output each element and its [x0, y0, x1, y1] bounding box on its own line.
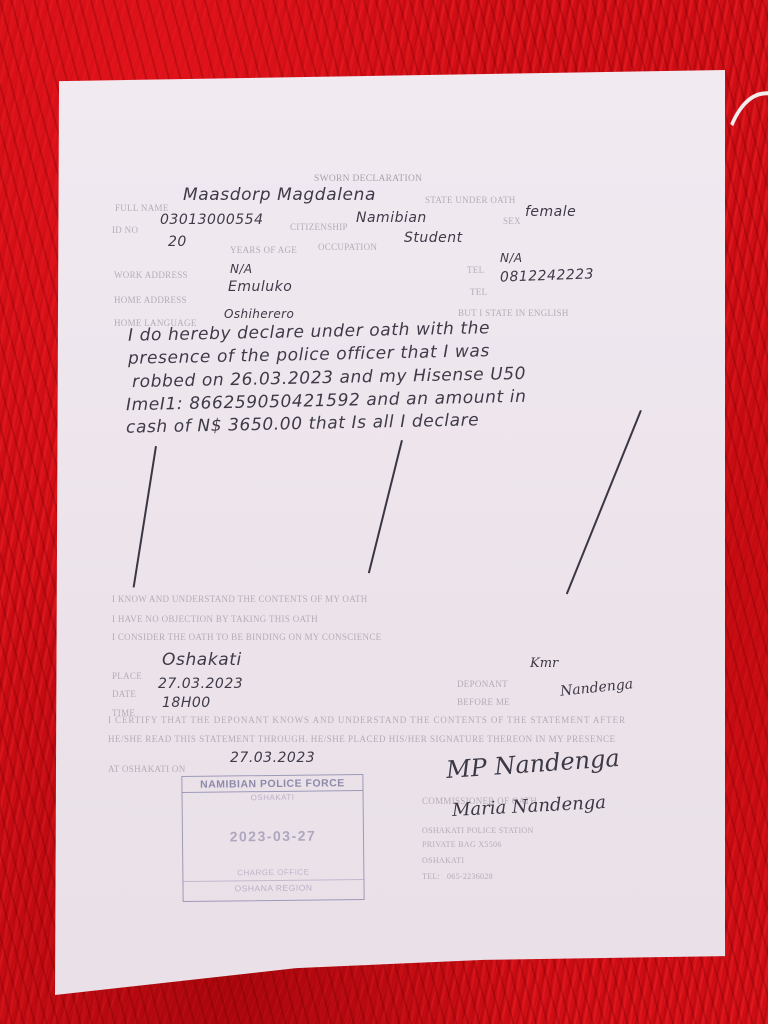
date-label: DATE — [112, 689, 136, 699]
commissioner-address-line: OSHAKATI POLICE STATION — [422, 826, 534, 835]
age-value: 20 — [168, 234, 187, 250]
deponent-label: DEPONANT — [457, 679, 508, 689]
home-tel-label: TEL — [470, 287, 487, 297]
certify-line: HE/SHE READ THIS STATEMENT THROUGH. HE/S… — [108, 734, 616, 744]
state-under-oath-label: STATE UNDER OATH — [425, 195, 516, 205]
police-stamp: NAMIBIAN POLICE FORCE OSHAKATI 2023-03-2… — [181, 774, 364, 902]
at-oshakati-label: AT OSHAKATI ON — [108, 764, 186, 774]
home-address-label: HOME ADDRESS — [114, 295, 187, 305]
stamp-region: OSHANA REGION — [183, 879, 363, 894]
age-label: YEARS OF AGE — [230, 245, 297, 255]
deponent-signature: Kmr — [530, 656, 558, 671]
time-value: 18H00 — [162, 695, 211, 711]
sex-value: female — [525, 204, 576, 220]
commissioner-tel: TEL: 065-2236028 — [422, 872, 493, 881]
place-label: PLACE — [112, 671, 142, 681]
oath-line: I HAVE NO OBJECTION BY TAKING THIS OATH — [112, 614, 318, 624]
oath-line: I KNOW AND UNDERSTAND THE CONTENTS OF MY… — [112, 594, 368, 604]
id-no-value: 03013000554 — [160, 212, 263, 228]
home-tel-value: 0812242223 — [500, 266, 595, 285]
state-in-english-label: BUT I STATE IN ENGLISH — [458, 308, 569, 318]
home-language-value: Oshiherero — [224, 307, 294, 321]
document-title: SWORN DECLARATION — [314, 174, 422, 184]
at-oshakati-date: 27.03.2023 — [230, 750, 315, 766]
work-tel-label: TEL — [467, 265, 484, 275]
occupation-value: Student — [404, 230, 463, 246]
date-value: 27.03.2023 — [158, 676, 243, 692]
stamp-office: CHARGE OFFICE — [183, 867, 363, 878]
citizenship-value: Namibian — [356, 210, 427, 226]
stamp-date: 2023-03-27 — [183, 827, 363, 845]
work-address-value: N/A — [230, 262, 252, 276]
work-tel-value: N/A — [500, 251, 522, 265]
stamp-station: OSHAKATI — [183, 792, 363, 803]
home-address-value: Emuluko — [228, 279, 292, 295]
occupation-label: OCCUPATION — [318, 242, 377, 252]
stamp-header: NAMIBIAN POLICE FORCE — [182, 777, 362, 793]
place-value: Oshakati — [162, 650, 242, 670]
citizenship-label: CITIZENSHIP — [290, 222, 348, 232]
sex-label: SEX — [503, 216, 521, 226]
full-name-value: Maasdorp Magdalena — [183, 185, 376, 205]
commissioner-address-line: OSHAKATI — [422, 856, 464, 865]
work-address-label: WORK ADDRESS — [114, 270, 188, 280]
before-me-label: BEFORE ME — [457, 697, 510, 707]
commissioner-address-line: PRIVATE BAG X5506 — [422, 840, 502, 849]
oath-line: I CONSIDER THE OATH TO BE BINDING ON MY … — [112, 632, 381, 642]
certify-line: I CERTIFY THAT THE DEPONANT KNOWS AND UN… — [108, 715, 626, 725]
id-no-label: ID NO — [112, 225, 138, 235]
